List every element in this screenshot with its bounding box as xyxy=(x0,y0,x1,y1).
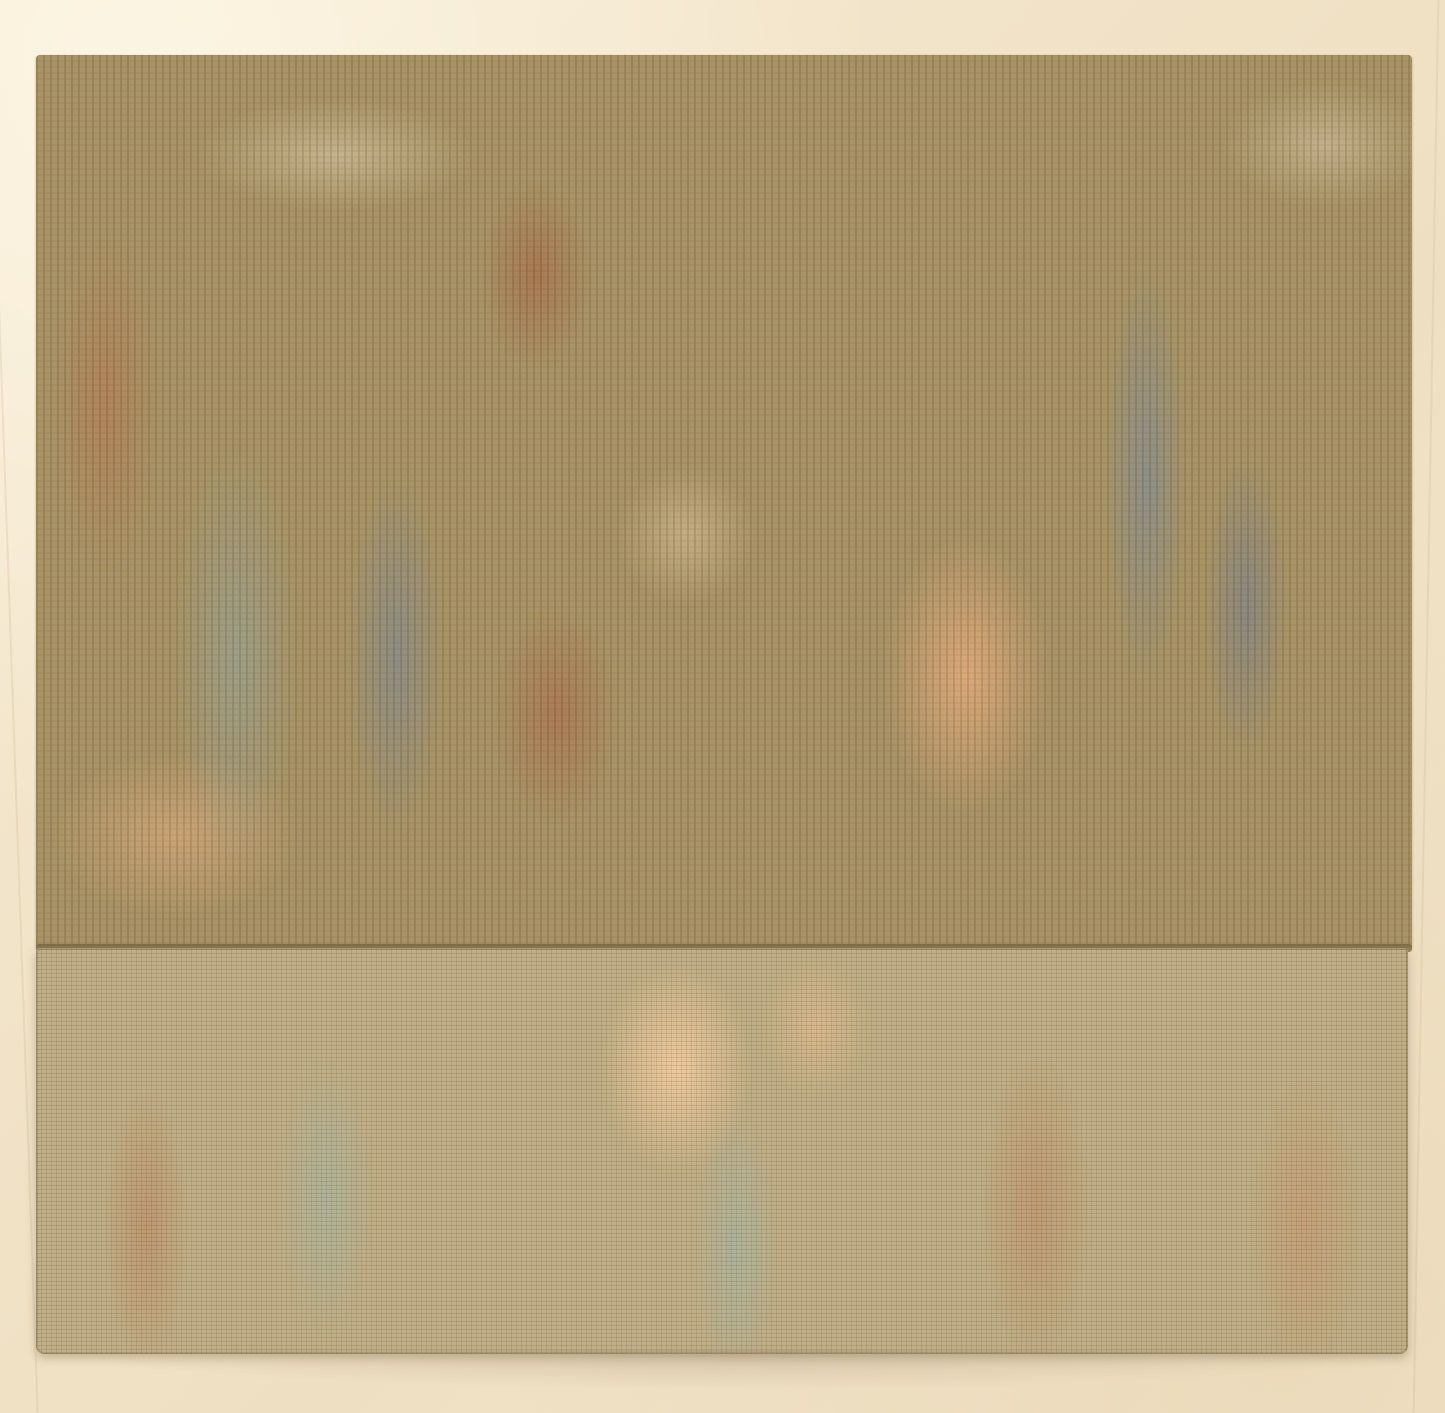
rug-folded-section xyxy=(36,948,1408,1354)
rug-shadow xyxy=(60,1350,1410,1390)
rug-top-section xyxy=(36,55,1412,950)
